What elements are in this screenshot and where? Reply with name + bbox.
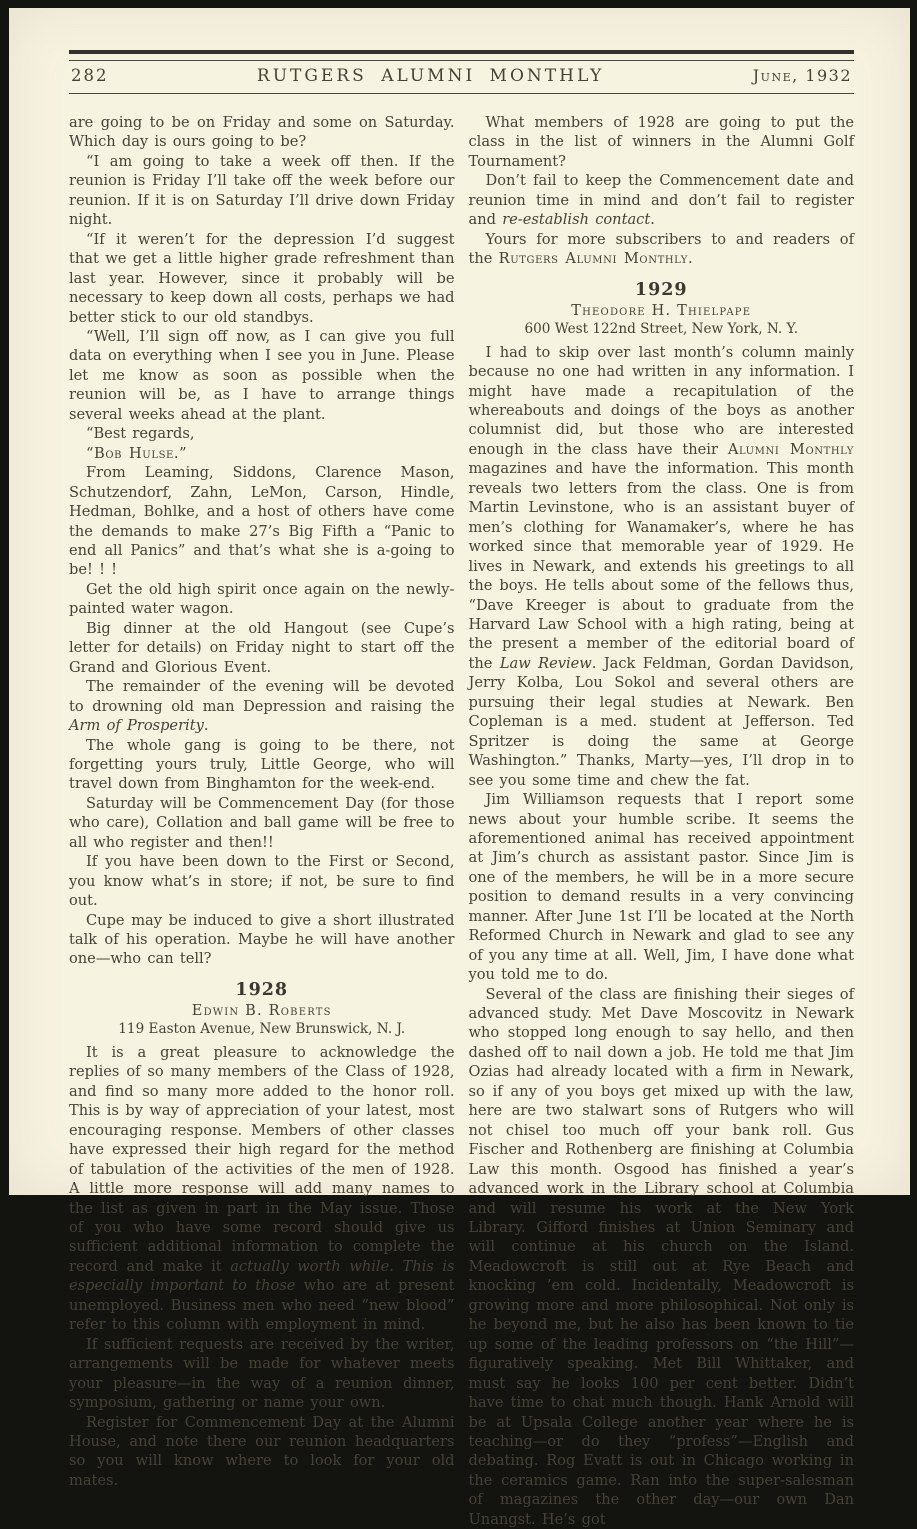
- text-segment: It is a great pleasure to acknowledge th…: [69, 1044, 455, 1202]
- text-segment: .: [650, 211, 655, 228]
- text-segment: magazines and have the information. This…: [469, 460, 855, 672]
- smallcaps-segment: Rutgers Alumni Monthly: [499, 250, 688, 267]
- text-segment: The remainder of the evening will be dev…: [69, 678, 455, 714]
- issue-date: June, 1932: [753, 66, 852, 85]
- paragraph: From Leaming, Siddons, Clarence Mason, S…: [69, 463, 455, 580]
- smallcaps-segment: Alumni Monthly: [728, 441, 854, 458]
- paragraph: The remainder of the evening will be dev…: [69, 677, 455, 735]
- class-secretary-address-1928: 119 Easton Avenue, New Brunswick, N. J.: [69, 1020, 455, 1038]
- paragraph: Jim Williamson requests that I report so…: [469, 790, 855, 985]
- journal-title: RUTGERS ALUMNI MONTHLY: [257, 66, 604, 86]
- paragraph: Big dinner at the old Hangout (see Cupe’…: [69, 619, 455, 677]
- signature-name-line: “Bob Hulse.”: [69, 444, 455, 463]
- paragraph: Don’t fail to keep the Commencement date…: [469, 171, 855, 229]
- page-header: 282 RUTGERS ALUMNI MONTHLY June, 1932: [69, 61, 854, 93]
- text-columns: are going to be on Friday and some on Sa…: [69, 113, 854, 1202]
- paragraph: “Well, I’ll sign off now, as I can give …: [69, 327, 455, 424]
- paragraph: are going to be on Friday and some on Sa…: [69, 113, 455, 152]
- text-segment: . Jack Feldman, Gordan Davidson, Jerry K…: [469, 655, 855, 789]
- text-segment: .: [688, 250, 693, 267]
- paragraph: Saturday will be Commencement Day (for t…: [69, 794, 455, 852]
- class-secretary-1928: Edwin B. Roberts: [69, 1002, 455, 1020]
- paragraph: Get the old high spirit once again on th…: [69, 580, 455, 619]
- paragraph: “If it weren’t for the depression I’d su…: [69, 230, 455, 327]
- text-segment: .: [204, 717, 209, 734]
- class-secretary-1929: Theodore H. Thielpape: [469, 302, 855, 320]
- italic-segment: Law Review: [500, 655, 592, 672]
- magazine-page: 282 RUTGERS ALUMNI MONTHLY June, 1932 ar…: [9, 8, 910, 1195]
- left-column: are going to be on Friday and some on Sa…: [69, 113, 455, 1202]
- right-column: What members of 1928 are going to put th…: [469, 113, 855, 1202]
- paragraph: I had to skip over last month’s column m…: [469, 343, 855, 790]
- paragraph: Several of the class are finishing their…: [469, 985, 855, 1202]
- paragraph: Cupe may be induced to give a short illu…: [69, 911, 455, 969]
- paragraph: If you have been down to the First or Se…: [69, 852, 455, 910]
- paragraph: “I am going to take a week off then. If …: [69, 152, 455, 230]
- class-secretary-address-1929: 600 West 122nd Street, New York, N. Y.: [469, 320, 855, 338]
- paragraph: What members of 1928 are going to put th…: [469, 113, 855, 171]
- class-year-heading-1928: 1928: [69, 980, 455, 1000]
- page-number: 282: [71, 66, 109, 85]
- italic-segment: re-establish contact: [502, 211, 650, 228]
- class-year-heading-1929: 1929: [469, 280, 855, 300]
- signature-regards-line: “Best regards,: [69, 424, 455, 443]
- paragraph: It is a great pleasure to acknowledge th…: [69, 1043, 455, 1202]
- italic-segment: Arm of Prosperity: [69, 717, 204, 734]
- paragraph: The whole gang is going to be there, not…: [69, 736, 455, 794]
- header-rule-thin-bottom: [69, 93, 854, 94]
- paragraph: Yours for more subscribers to and reader…: [469, 230, 855, 269]
